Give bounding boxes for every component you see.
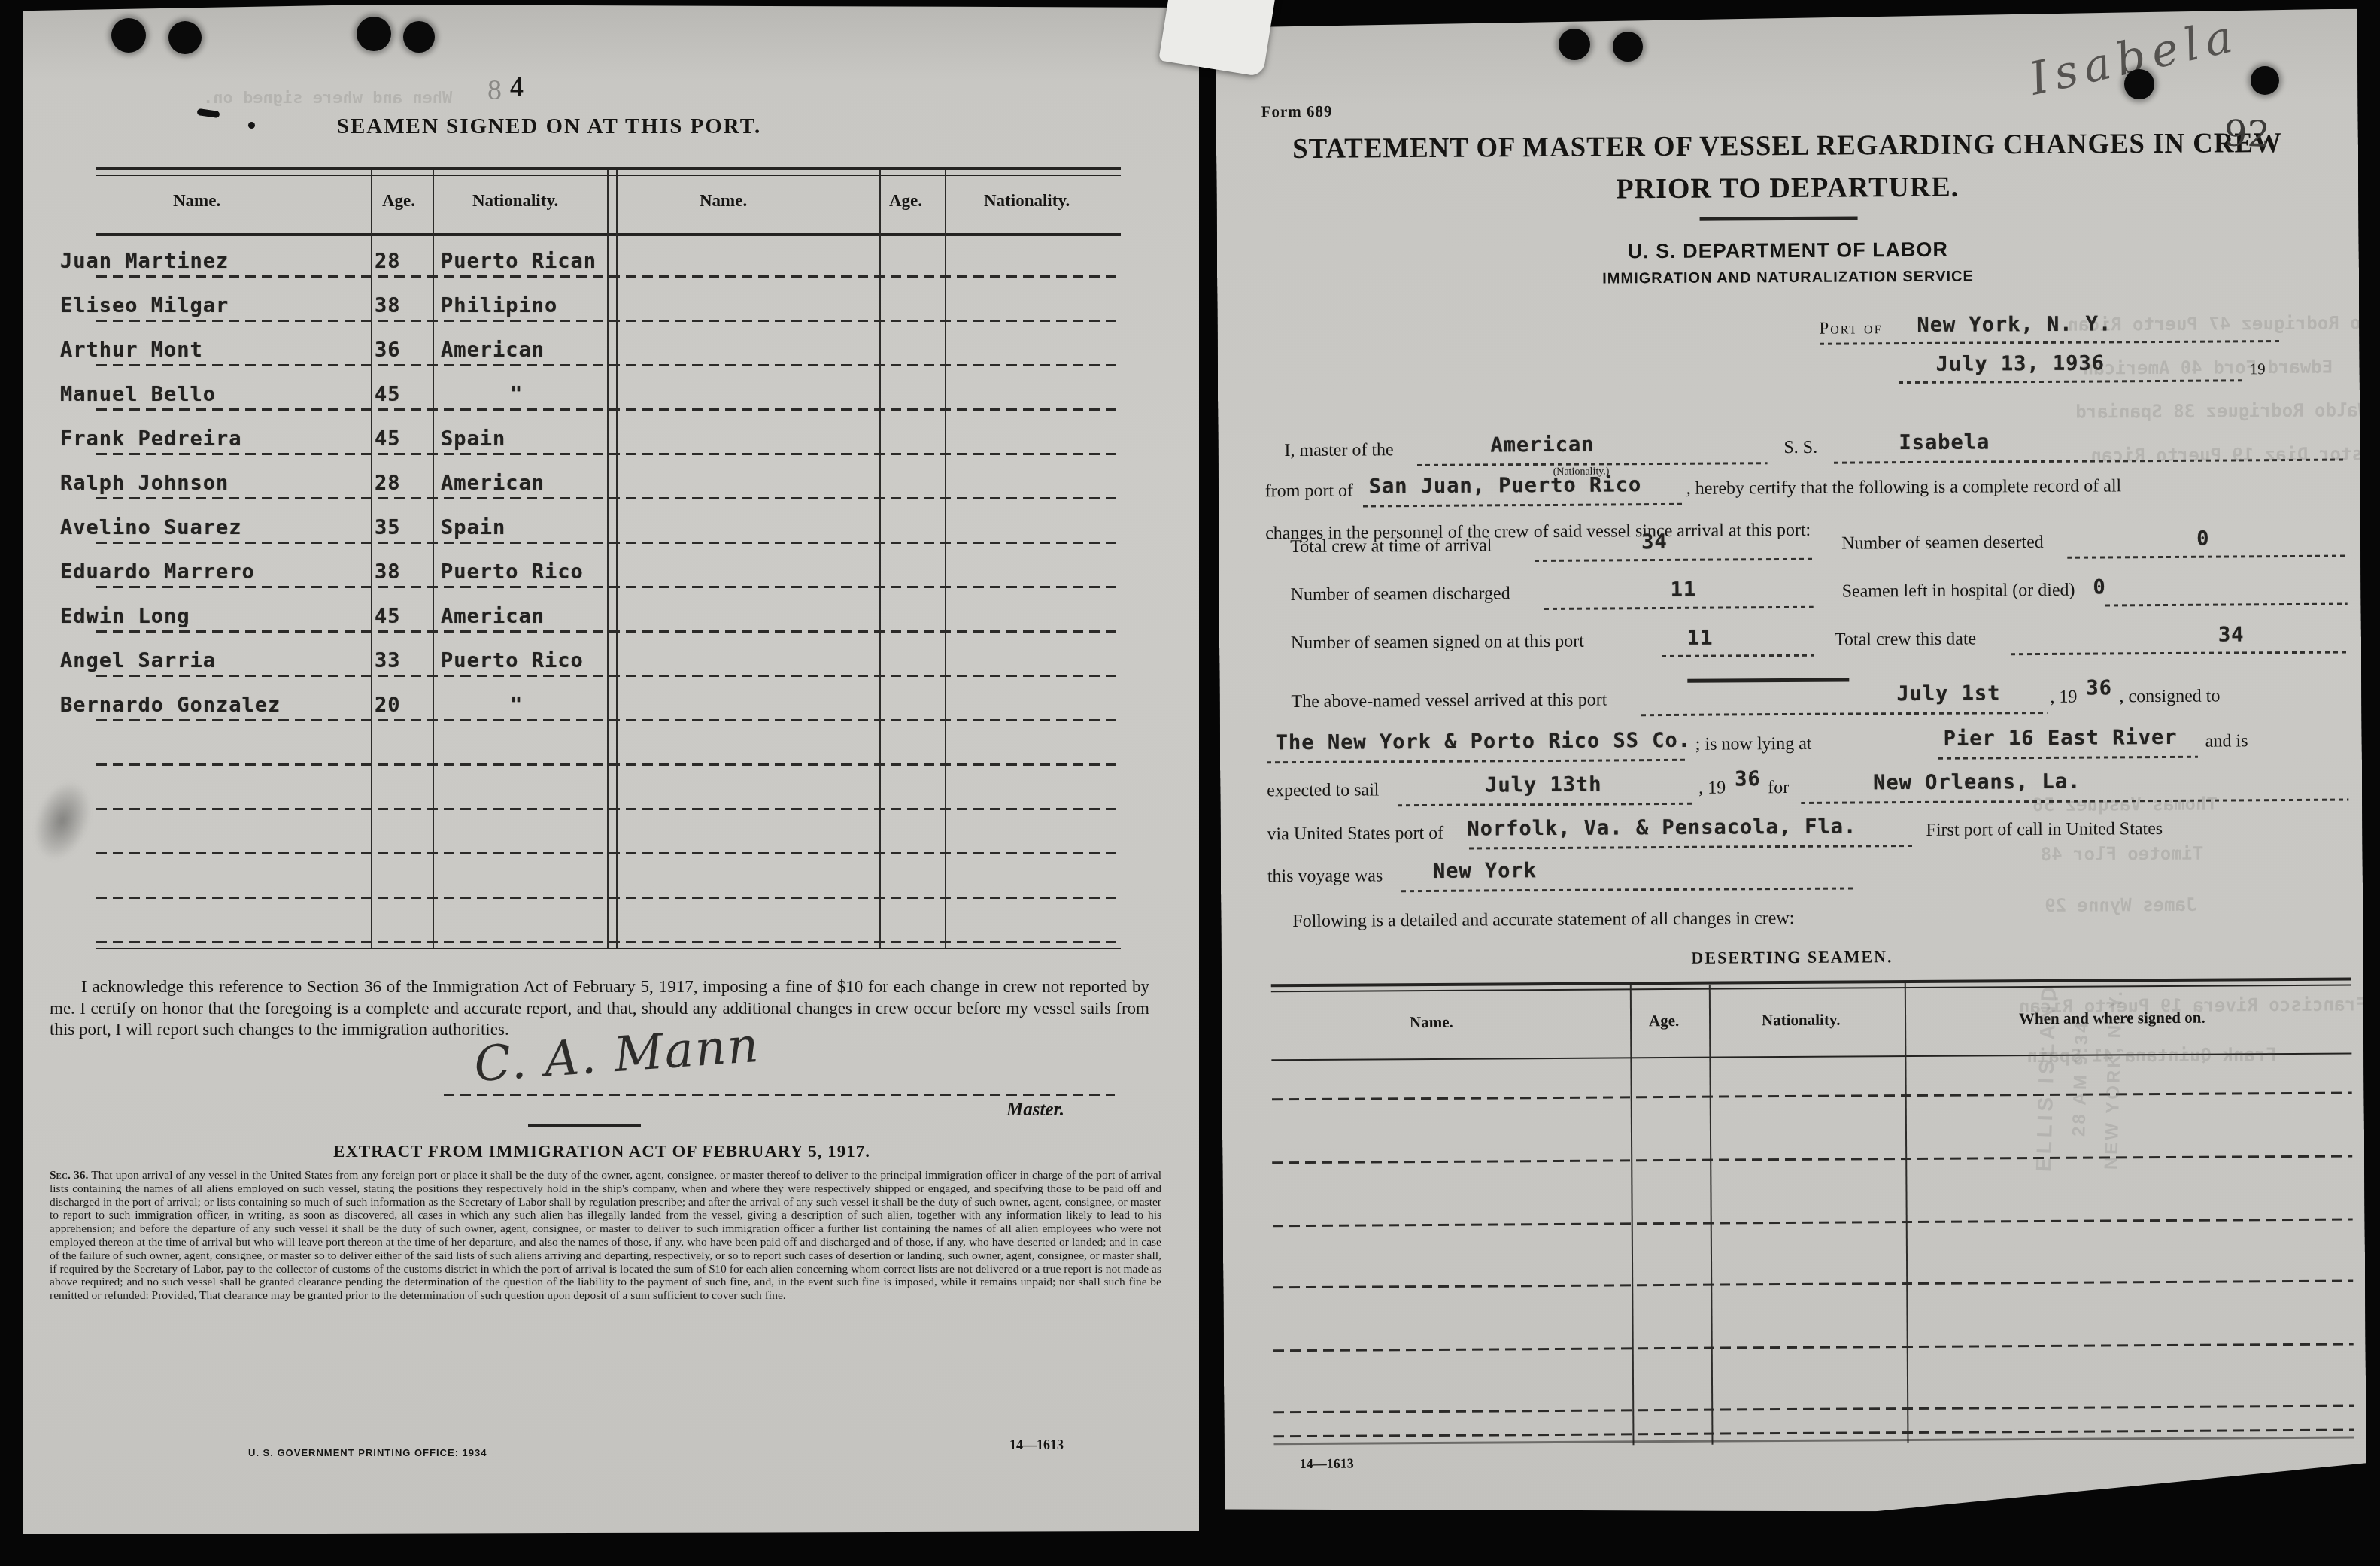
via-label: via United States port of <box>1267 824 1443 845</box>
col-header-nationality: Nationality. <box>1762 1011 1841 1030</box>
row-rule <box>1273 1343 2354 1352</box>
signature-caption: Master. <box>1006 1100 1064 1121</box>
sail-year-prefix: , 19 <box>1698 778 1726 799</box>
first-port-value: New York <box>1433 859 1537 883</box>
arrived-year: 36 <box>2086 676 2112 700</box>
table-column-line <box>1905 983 1909 1443</box>
punch-hole <box>403 21 435 53</box>
left-page: When and where signed on. 8 4 SEAMEN SIG… <box>23 5 1199 1534</box>
crew-nationality: American <box>441 605 545 628</box>
from-port-label: from port of <box>1265 481 1353 502</box>
stat-value-arrival-crew: 34 <box>1641 530 1668 554</box>
punch-hole <box>1613 32 1643 62</box>
ss-label: S. S. <box>1783 438 1817 458</box>
lying-label: ; is now lying at <box>1695 734 1812 755</box>
port-label: Port of <box>1819 318 1882 338</box>
crew-nationality-ditto: " <box>510 693 523 717</box>
year-prefix: , 19 <box>2050 687 2077 708</box>
port-blank-line <box>1820 340 2282 345</box>
handwritten-number: 92 <box>2224 112 2271 156</box>
page-number: 4 <box>510 71 524 102</box>
signature-line <box>444 1094 1115 1096</box>
form-title-line2: PRIOR TO DEPARTURE. <box>1216 168 2358 208</box>
row-rule <box>96 497 1121 499</box>
date-value: July 13, 1936 <box>1936 351 2105 375</box>
row-rule <box>96 852 1121 854</box>
col-header-age-2: Age. <box>889 191 922 211</box>
row-rule <box>1272 1155 2352 1164</box>
crew-nationality: Puerto Rico <box>441 649 584 672</box>
stat-label-hospital: Seamen left in hospital (or died) <box>1842 581 2075 602</box>
col-header-nationality-2: Nationality. <box>984 191 1070 211</box>
table-column-line <box>1709 985 1714 1445</box>
extract-heading: EXTRACT FROM IMMIGRATION ACT OF FEBRUARY… <box>23 1142 1181 1161</box>
first-port-label: First port of call in United States <box>1926 819 2163 841</box>
form-plate-number: 14—1613 <box>1009 1437 1064 1453</box>
punch-hole <box>111 18 146 53</box>
row-rule <box>96 320 1121 322</box>
date-blank-line <box>1899 379 2245 384</box>
arrived-date: July 1st <box>1896 681 2000 706</box>
crew-age: 38 <box>375 560 401 584</box>
right-page: Form 689 Isabela STATEMENT OF MASTER OF … <box>1216 8 2366 1521</box>
form-number: Form 689 <box>1261 102 1333 122</box>
title-underline <box>1700 216 1858 220</box>
row-rule <box>96 763 1121 766</box>
stat-label-arrival-crew: Total crew at time of arrival <box>1290 536 1492 557</box>
row-rule <box>96 719 1121 721</box>
punch-hole <box>2251 66 2279 95</box>
row-rule <box>96 275 1121 278</box>
following-line: Following is a detailed and accurate sta… <box>1292 909 1794 932</box>
crew-nationality: Philipino <box>441 294 557 317</box>
ghost-page-number: 8 <box>487 74 502 107</box>
row-rule <box>1272 1091 2352 1100</box>
row-rule <box>1273 1428 2354 1437</box>
stat-blank <box>2105 602 2348 606</box>
scanned-document: When and where signed on. 8 4 SEAMEN SIG… <box>0 0 2380 1566</box>
stat-label-signed-on: Number of seamen signed on at this port <box>1291 632 1584 654</box>
col-header-name: Name. <box>1410 1013 1453 1032</box>
crew-nationality: Puerto Rico <box>441 560 584 584</box>
crew-nationality: Spain <box>441 516 505 539</box>
row-rule <box>96 408 1121 411</box>
from-port-blank-line <box>1363 503 1685 508</box>
certify-text: , hereby certify that the following is a… <box>1686 476 2122 499</box>
section-rule <box>528 1124 641 1127</box>
row-rule <box>96 364 1121 366</box>
master-label: I, master of the <box>1284 440 1393 461</box>
voyage-label: this voyage was <box>1267 866 1383 887</box>
crew-name: Frank Pedreira <box>60 427 242 451</box>
row-rule <box>96 897 1121 899</box>
stat-blank <box>1535 558 1813 562</box>
crew-age: 28 <box>375 472 401 495</box>
vessel-nationality: American <box>1490 433 1594 457</box>
crew-age: 36 <box>375 338 401 362</box>
stat-value-deserted: 0 <box>2196 527 2209 551</box>
form-title-line1: STATEMENT OF MASTER OF VESSEL REGARDING … <box>1234 126 2342 166</box>
crew-nationality: Spain <box>441 427 505 451</box>
bleedthrough-text: James Wynne 29 <box>2045 894 2196 916</box>
crew-nationality: Puerto Rican <box>441 250 597 273</box>
stat-blank <box>2011 651 2348 655</box>
department-line: U. S. DEPARTMENT OF LABOR <box>1217 235 2359 266</box>
consignee-blank <box>1267 759 1688 763</box>
table-rule <box>96 233 1121 236</box>
crew-name: Eduardo Marrero <box>60 560 255 584</box>
stat-value-discharged: 11 <box>1670 578 1696 602</box>
row-rule <box>1273 1218 2353 1227</box>
stat-value-total-crew: 34 <box>2218 623 2245 646</box>
stat-blank <box>1662 654 1814 657</box>
punch-hole <box>357 17 391 51</box>
table-bottom-rule <box>1273 1436 2354 1445</box>
row-rule <box>96 941 1121 943</box>
crew-age: 38 <box>375 294 401 317</box>
ellis-island-stamp: ELLIS ISLAND 28 AM 9:34 NEW YORK, N. Y. <box>2031 957 2128 1200</box>
crew-name: Angel Sarria <box>60 649 216 672</box>
bleedthrough-text: Frank Quintana 41 Spain <box>2026 1044 2277 1067</box>
stamp-line2: 28 AM 9:34 <box>2067 958 2095 1199</box>
crew-name: Ralph Johnson <box>60 472 229 495</box>
row-rule <box>96 542 1121 544</box>
via-blank <box>1469 845 1913 850</box>
arrived-blank <box>1641 712 2048 716</box>
crew-name: Arthur Mont <box>60 338 203 362</box>
stat-label-discharged: Number of seamen discharged <box>1291 584 1510 605</box>
table-column-line <box>607 170 609 949</box>
row-rule <box>1273 1404 2354 1413</box>
consignee: The New York & Porto Rico SS Co. <box>1276 729 1691 754</box>
page-title: SEAMEN SIGNED ON AT THIS PORT. <box>23 114 1076 139</box>
col-header-name-2: Name. <box>700 191 747 211</box>
deserting-seamen-heading: DESERTING SEAMEN. <box>1221 944 2363 970</box>
form-plate-number: 14—1613 <box>1300 1456 1354 1472</box>
extract-paragraph: Sec. 36. That upon arrival of any vessel… <box>50 1169 1161 1303</box>
row-rule <box>96 675 1121 677</box>
table-column-line <box>1630 985 1635 1445</box>
crew-name: Edwin Long <box>60 605 190 628</box>
stat-label-total-crew: Total crew this date <box>1835 629 1976 650</box>
row-rule <box>96 808 1121 810</box>
bleedthrough-text: Francisco Rivera 19 Puerto Rican <box>2019 994 2367 1017</box>
crew-nationality: American <box>441 338 545 362</box>
crew-name: Manuel Bello <box>60 383 216 406</box>
table-column-line <box>433 170 434 949</box>
extract-body: That upon arrival of any vessel in the U… <box>50 1169 1161 1302</box>
crew-name: Avelino Suarez <box>60 516 242 539</box>
for-label: for <box>1768 778 1789 798</box>
row-rule <box>96 586 1121 588</box>
pencil-smudge <box>23 772 101 868</box>
via-ports: Norfolk, Va. & Pensacola, Fla. <box>1467 815 1856 840</box>
row-rule <box>1273 1279 2353 1288</box>
crew-age: 20 <box>375 693 401 717</box>
table-column-line <box>879 170 881 949</box>
col-header-nationality: Nationality. <box>472 191 558 211</box>
bleedthrough-text: Edward Ford 40 American <box>2083 357 2333 379</box>
bleedthrough-text: Timoteo Flor 48 <box>2041 843 2204 865</box>
crew-nationality-ditto: " <box>510 383 523 406</box>
crew-age: 45 <box>375 605 401 628</box>
pier-value: Pier 16 East River <box>1944 726 2178 751</box>
stat-blank <box>2067 554 2347 558</box>
sail-label: expected to sail <box>1267 780 1379 801</box>
arrived-label: The above-named vessel arrived at this p… <box>1291 690 1607 712</box>
destination: New Orleans, La. <box>1873 770 2081 795</box>
section-rule <box>1687 678 1849 683</box>
stat-value-signed-on: 11 <box>1687 627 1714 650</box>
col-header-name: Name. <box>173 191 293 211</box>
crew-age: 45 <box>375 427 401 451</box>
consigned-label: , consigned to <box>2119 687 2220 708</box>
sail-date-blank <box>1398 803 1692 806</box>
crew-age: 45 <box>375 383 401 406</box>
stat-blank <box>1544 606 1814 610</box>
crew-age: 33 <box>375 649 401 672</box>
ink-mark <box>248 122 255 129</box>
crew-age: 35 <box>375 516 401 539</box>
vessel-name: Isabela <box>1899 430 1990 454</box>
extract-lead: Sec. 36. <box>50 1169 88 1182</box>
stat-label-deserted: Number of seamen deserted <box>1841 533 2044 554</box>
punch-hole <box>2124 69 2154 99</box>
bleedthrough-text: Thomas Vasquez 56 <box>2032 794 2218 816</box>
table-column-line <box>616 170 618 949</box>
table-rule <box>96 167 1121 170</box>
service-line: IMMIGRATION AND NATURALIZATION SERVICE <box>1217 266 2359 290</box>
crew-name: Bernardo Gonzalez <box>60 693 281 717</box>
bleedthrough-text: Waldo Rodriguez 38 Spaniard <box>2075 399 2369 422</box>
voyage-blank <box>1401 888 1853 893</box>
crew-age: 28 <box>375 250 401 273</box>
punch-hole <box>1559 29 1590 60</box>
table-rule <box>96 175 1121 176</box>
crew-name: Eliseo Milgar <box>60 294 229 317</box>
printing-office-footer: U. S. GOVERNMENT PRINTING OFFICE: 1934 <box>248 1447 487 1458</box>
table-column-line <box>371 170 372 949</box>
row-rule <box>96 453 1121 455</box>
stat-value-hospital: 0 <box>2093 575 2105 599</box>
bleedthrough-text: Nestor Diaz 19 Puerto Rican <box>2090 443 2380 466</box>
punch-hole <box>168 21 202 54</box>
table-column-line <box>945 170 946 949</box>
pier-blank <box>1938 756 2198 760</box>
table-bottom-rule <box>96 948 1121 949</box>
sail-date: July 13th <box>1485 773 1601 797</box>
from-port-value: San Juan, Puerto Rico <box>1369 473 1642 498</box>
sail-year: 36 <box>1735 767 1761 791</box>
stamp-line1: ELLIS ISLAND <box>2031 957 2062 1198</box>
col-header-age: Age. <box>382 191 415 211</box>
bleedthrough-text: When and where signed on. <box>203 89 452 108</box>
col-header-age: Age. <box>1649 1012 1679 1030</box>
row-rule <box>96 630 1121 633</box>
crew-name: Juan Martinez <box>60 250 229 273</box>
and-is-label: and is <box>2205 731 2248 751</box>
bleedthrough-text: Arturo Rodriguez 47 Puerto Rican <box>2067 312 2380 335</box>
crew-nationality: American <box>441 472 545 495</box>
